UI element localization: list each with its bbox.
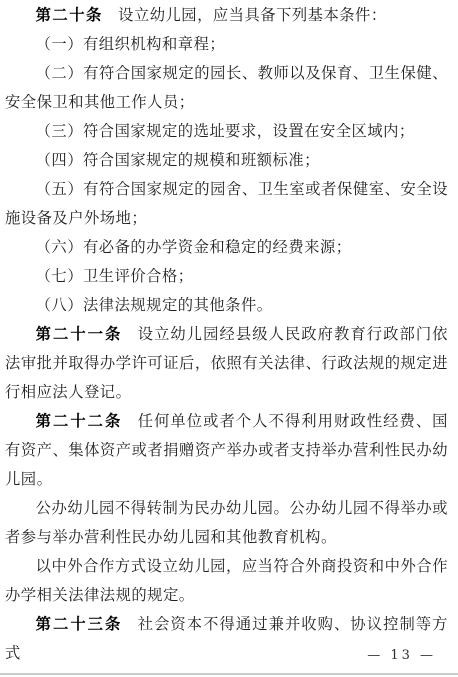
article-number: 第二十三条 [36, 615, 123, 633]
paragraph-text: （四）符合国家规定的规模和班额标准； [36, 151, 320, 169]
paragraph-text: （三）符合国家规定的选址要求，设置在安全区域内； [36, 122, 415, 140]
paragraph-text: 设立幼儿园，应当具备下列基本条件： [118, 6, 387, 24]
paragraph-text: 公办幼儿园不得转制为民办幼儿园。公办幼儿园不得举办或者参与举办营利性民办幼儿园和… [5, 499, 448, 546]
article-number: 第二十条 [36, 6, 103, 24]
paragraph: 以中外合作方式设立幼儿园，应当符合外商投资和中外合作办学相关法律法规的规定。 [5, 552, 448, 610]
paragraph-text: （一）有组织机构和章程； [36, 35, 226, 53]
paragraph: （一）有组织机构和章程； [5, 30, 448, 59]
paragraph-text: （五）有符合国家规定的园舍、卫生室或者保健室、安全设施设备及户外场地； [5, 180, 448, 227]
document-body: 第二十条设立幼儿园，应当具备下列基本条件： （一）有组织机构和章程； （二）有符… [0, 0, 458, 668]
page-number: — 13 — [367, 648, 436, 663]
paragraph-text: （六）有必备的办学资金和稳定的经费来源； [36, 238, 352, 256]
paragraph: （三）符合国家规定的选址要求，设置在安全区域内； [5, 117, 448, 146]
paragraph: （六）有必备的办学资金和稳定的经费来源； [5, 233, 448, 262]
page-bottom-divider [0, 673, 458, 675]
paragraph: （二）有符合国家规定的园长、教师以及保育、卫生保健、安全保卫和其他工作人员； [5, 59, 448, 117]
paragraph: 第二十条设立幼儿园，应当具备下列基本条件： [5, 1, 448, 30]
document-page: 第二十条设立幼儿园，应当具备下列基本条件： （一）有组织机构和章程； （二）有符… [0, 0, 458, 677]
paragraph: 第二十二条任何单位或者个人不得利用财政性经费、国有资产、集体资产或者捐赠资产举办… [5, 407, 448, 494]
paragraph: （五）有符合国家规定的园舍、卫生室或者保健室、安全设施设备及户外场地； [5, 175, 448, 233]
paragraph-text: （八）法律法规规定的其他条件。 [36, 296, 273, 314]
paragraph: （七）卫生评价合格； [5, 262, 448, 291]
paragraph: （四）符合国家规定的规模和班额标准； [5, 146, 448, 175]
paragraph-text: （七）卫生评价合格； [36, 267, 194, 285]
paragraph: （八）法律法规规定的其他条件。 [5, 291, 448, 320]
paragraph-text: 以中外合作方式设立幼儿园，应当符合外商投资和中外合作办学相关法律法规的规定。 [5, 557, 448, 604]
paragraph-text: （二）有符合国家规定的园长、教师以及保育、卫生保健、安全保卫和其他工作人员； [5, 64, 448, 111]
article-number: 第二十二条 [36, 412, 123, 430]
paragraph: 第二十一条设立幼儿园经县级人民政府教育行政部门依法审批并取得办学许可证后，依照有… [5, 320, 448, 407]
paragraph: 公办幼儿园不得转制为民办幼儿园。公办幼儿园不得举办或者参与举办营利性民办幼儿园和… [5, 494, 448, 552]
article-number: 第二十一条 [36, 325, 123, 343]
